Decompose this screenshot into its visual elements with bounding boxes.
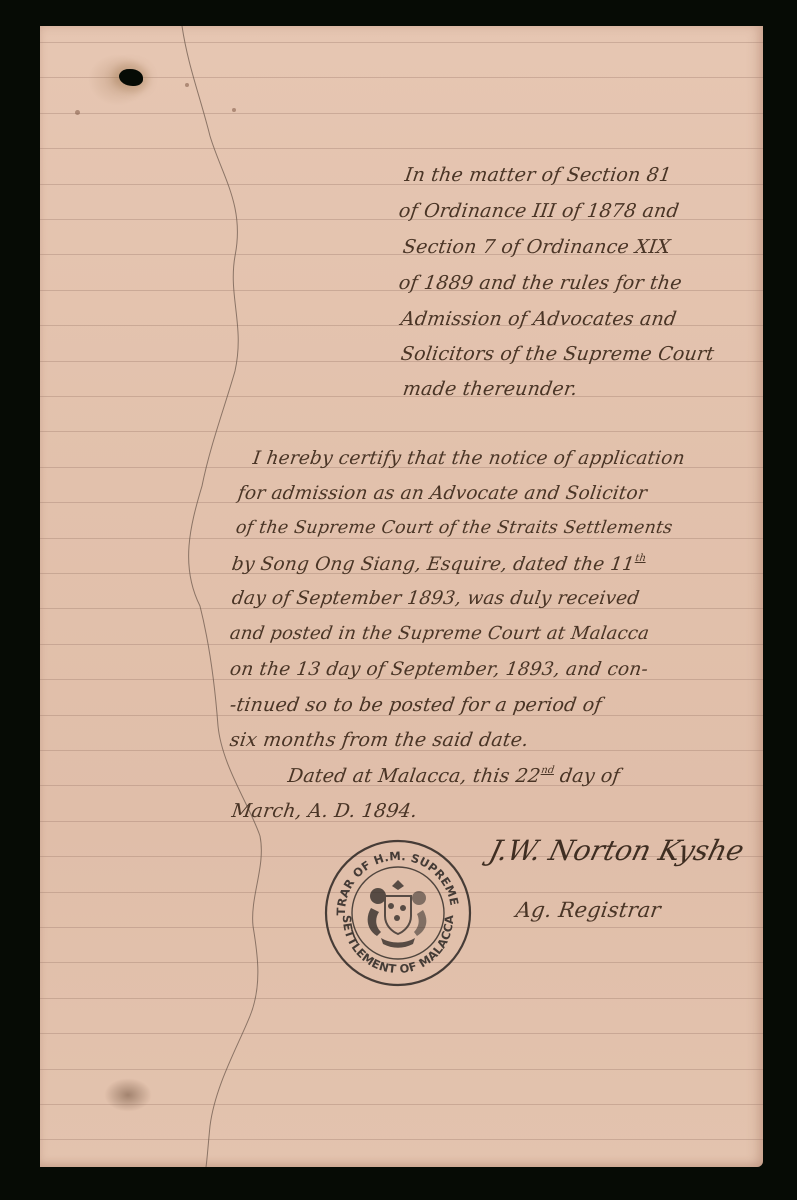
ruled-line — [40, 644, 763, 645]
punch-hole — [119, 69, 143, 86]
body-line-8: -tinued so to be posted for a period of — [228, 694, 603, 716]
ruled-line — [40, 113, 763, 114]
heading-line-2: of Ordinance III of 1878 and — [397, 200, 680, 222]
ruled-line — [40, 538, 763, 539]
heading-line-6: Solicitors of the Supreme Court — [399, 343, 715, 365]
ruled-line — [40, 1069, 763, 1070]
ordinal-suffix: th — [635, 553, 647, 564]
ruled-line — [40, 1104, 763, 1105]
ruled-line — [40, 431, 763, 432]
registrar-seal-stamp: REGISTRAR OF H.M. SUPREME COURT SETTLEME… — [323, 838, 473, 988]
body-line-6: and posted in the Supreme Court at Malac… — [229, 623, 651, 644]
body-line-9: six months from the said date. — [228, 729, 530, 751]
ordinal-suffix-dated: nd — [540, 765, 555, 776]
body-line-2: for admission as an Advocate and Solicit… — [237, 483, 649, 504]
spot — [185, 83, 189, 87]
body-line-1: I hereby certify that the notice of appl… — [252, 448, 687, 469]
body-line-7-text: on the 13 day of September, 1893, and co… — [229, 659, 650, 680]
ruled-line — [40, 77, 763, 78]
heading-line-7: made thereunder. — [401, 378, 578, 400]
ruled-line — [40, 1139, 763, 1140]
coat-of-arms-icon — [368, 880, 427, 948]
ruled-line — [40, 42, 763, 43]
registrar-signature: J.W. Norton Kyshe — [486, 834, 748, 867]
spot — [75, 110, 80, 115]
ruled-line — [40, 1033, 763, 1034]
body-line-5: day of September 1893, was duly received — [231, 588, 641, 609]
ruled-line — [40, 998, 763, 999]
body-line-4-text: by Song Ong Siang, Esquire, dated the 11 — [230, 554, 635, 575]
body-line-3: of the Supreme Court of the Straits Sett… — [235, 518, 674, 538]
heading-line-4: of 1889 and the rules for the — [397, 272, 683, 294]
dated-text-end: day of — [558, 765, 621, 787]
dated-line: Dated at Malacca, this 22nd day of — [286, 765, 621, 787]
foxing-stain-bottom — [104, 1078, 152, 1112]
ruled-line — [40, 148, 763, 149]
signatory-title: Ag. Registrar — [514, 898, 662, 922]
dated-text: Dated at Malacca, this 22 — [286, 765, 542, 787]
document-page: In the matter of Section 81 of Ordinance… — [40, 26, 763, 1167]
body-line-4: by Song Ong Siang, Esquire, dated the 11… — [230, 553, 646, 575]
heading-line-1: In the matter of Section 81 — [403, 164, 672, 186]
dated-year-line: March, A. D. 1894. — [230, 800, 418, 822]
body-line-7: on the 13 day of September, 1893, and co… — [229, 659, 650, 680]
heading-line-5: Admission of Advocates and — [399, 308, 677, 330]
spot — [232, 108, 236, 112]
heading-line-3: Section 7 of Ordinance XIX — [401, 236, 671, 258]
